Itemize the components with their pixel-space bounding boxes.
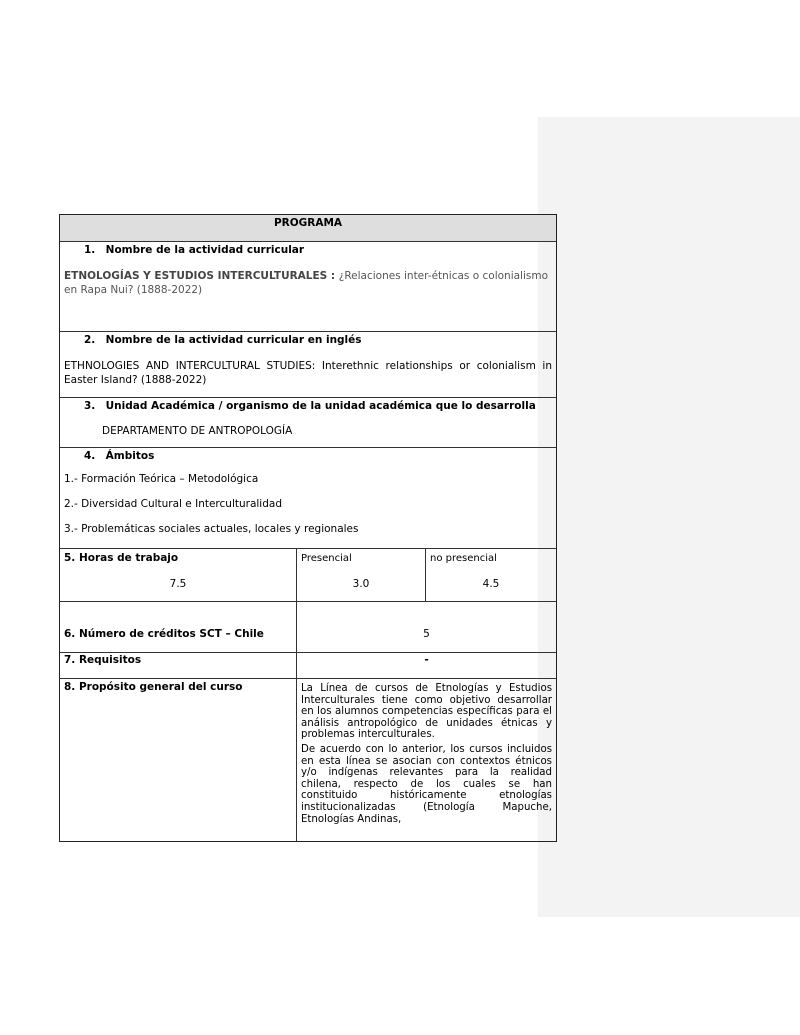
activity-name-bold: ETNOLOGÍAS Y ESTUDIOS INTERCULTURALES : bbox=[64, 270, 339, 282]
presencial-label: Presencial bbox=[301, 552, 352, 565]
ambito-item: 2.- Diversidad Cultural e Interculturali… bbox=[60, 492, 556, 517]
section-activity-name-english: 2. Nombre de la actividad curricular en … bbox=[60, 332, 556, 398]
course-purpose-label: 8. Propósito general del curso bbox=[64, 681, 243, 694]
section-requirements: 7. Requisitos - bbox=[60, 653, 556, 679]
section-title: 3. Unidad Académica / organismo de la un… bbox=[60, 398, 556, 413]
credits-value: 5 bbox=[297, 628, 556, 641]
no-presencial-label: no presencial bbox=[430, 552, 497, 565]
section-title: 2. Nombre de la actividad curricular en … bbox=[60, 332, 556, 347]
no-presencial-value: 4.5 bbox=[426, 578, 556, 591]
work-hours-total: 7.5 bbox=[60, 578, 296, 591]
requirements-value: - bbox=[297, 654, 556, 667]
section-academic-unit: 3. Unidad Académica / organismo de la un… bbox=[60, 398, 556, 448]
work-hours-label: 5. Horas de trabajo bbox=[64, 552, 178, 565]
section-course-purpose: 8. Propósito general del curso La Línea … bbox=[60, 679, 556, 841]
presencial-value: 3.0 bbox=[297, 578, 425, 591]
table-header-title: PROGRAMA bbox=[274, 217, 342, 229]
activity-name: ETNOLOGÍAS Y ESTUDIOS INTERCULTURALES : … bbox=[60, 269, 556, 297]
requirements-label: 7. Requisitos bbox=[64, 654, 141, 667]
table-header: PROGRAMA bbox=[60, 215, 556, 242]
academic-unit-name: DEPARTAMENTO DE ANTROPOLOGÍA bbox=[60, 425, 556, 438]
section-title: 1. Nombre de la actividad curricular bbox=[60, 242, 556, 257]
credits-label: 6. Número de créditos SCT – Chile bbox=[64, 628, 264, 641]
activity-name-english: ETHNOLOGIES AND INTERCULTURAL STUDIES: I… bbox=[60, 359, 556, 387]
comment-pane bbox=[538, 117, 800, 917]
section-activity-name: 1. Nombre de la actividad curricular ETN… bbox=[60, 242, 556, 332]
section-ambitos: 4. Ámbitos 1.- Formación Teórica – Metod… bbox=[60, 448, 556, 549]
course-purpose-paragraph: La Línea de cursos de Etnologías y Estud… bbox=[301, 683, 552, 741]
section-title: 4. Ámbitos bbox=[60, 448, 556, 463]
ambito-item: 3.- Problemáticas sociales actuales, loc… bbox=[60, 517, 556, 542]
section-work-hours: 5. Horas de trabajo 7.5 Presencial 3.0 n… bbox=[60, 549, 556, 602]
ambito-item: 1.- Formación Teórica – Metodológica bbox=[60, 467, 556, 492]
program-table: PROGRAMA 1. Nombre de la actividad curri… bbox=[59, 214, 557, 842]
section-credits: 6. Número de créditos SCT – Chile 5 bbox=[60, 602, 556, 653]
course-purpose-paragraph: De acuerdo con lo anterior, los cursos i… bbox=[301, 744, 552, 825]
